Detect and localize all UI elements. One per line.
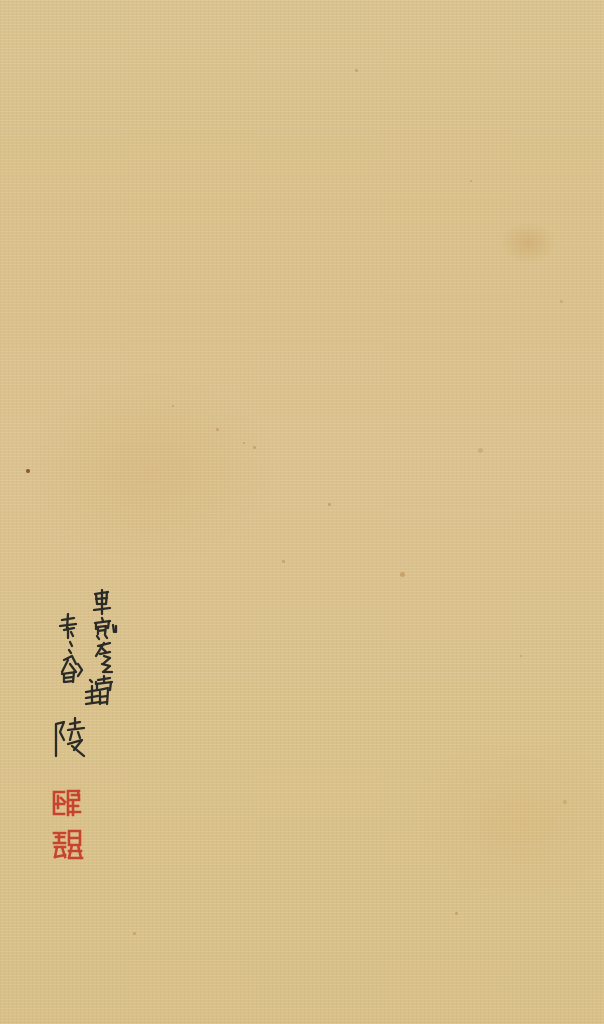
foxing-spot [133,932,136,935]
foxing-spot [26,469,30,473]
inscription: 甲寅冬日写 於…金陵 [40,580,130,780]
foxing-spot [355,69,358,72]
foxing-spot [216,428,219,431]
foxing-spot [520,655,522,657]
silk-scroll: 甲寅冬日写 於…金陵 印 [0,0,604,1024]
foxing-spot [455,912,458,915]
foxing-spot [400,572,405,577]
seal-lower-icon [52,829,84,861]
foxing-spot [172,405,174,407]
seal-upper: 印 [52,788,82,818]
seal-lower: 印 [52,829,84,861]
foxing-spot [243,442,245,444]
foxing-spot [470,180,472,182]
foxing-spot [253,446,256,449]
foxing-spot [282,560,285,563]
foxing-spot [478,448,483,453]
foxing-spot [560,300,563,303]
calligraphy-strokes [40,580,130,780]
seal-upper-icon [52,788,82,818]
foxing-spot [328,503,331,506]
foxing-spot [563,800,567,804]
silk-texture [0,0,604,1024]
